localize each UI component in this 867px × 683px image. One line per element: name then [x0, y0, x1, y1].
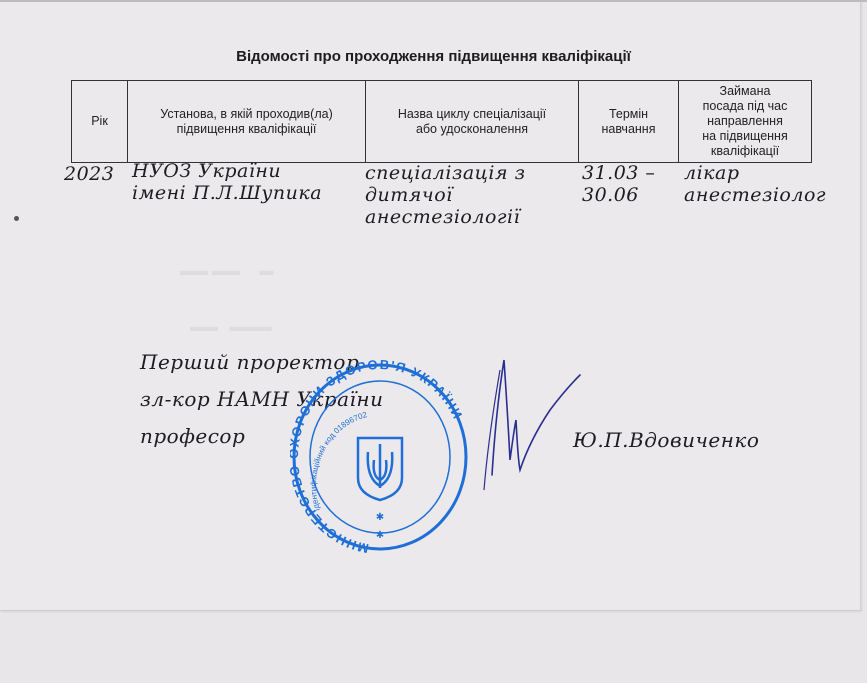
scan-speck	[14, 216, 19, 221]
document-title: Відомості про проходження підвищення ква…	[0, 48, 867, 65]
row-position: лікар анестезіолог	[684, 162, 826, 206]
tryzub-coat-of-arms-icon	[358, 438, 402, 500]
qualification-table: Рік Установа, в якій проходив(ла) підвищ…	[71, 80, 812, 163]
header-year: Рік	[72, 81, 128, 163]
handwritten-signature	[470, 350, 590, 490]
table-header-row: Рік Установа, в якій проходив(ла) підвищ…	[72, 81, 812, 163]
row-institution: НУОЗ України імені П.Л.Шупика	[132, 160, 322, 204]
row-year: 2023	[64, 163, 114, 185]
row-cycle: спеціалізація з дитячої анестезіології	[365, 162, 525, 228]
svg-text:Ідентифікаційний код 01896702: Ідентифікаційний код 01896702	[309, 410, 369, 512]
svg-text:✱: ✱	[376, 530, 384, 541]
official-stamp: МІНІСТЕРСТВО ОХОРОНИ ЗДОРОВ'Я УКРАЇНИ Ід…	[290, 360, 470, 555]
bleed-through-mark: ▬▬ ▬▬ ▬	[180, 262, 273, 278]
svg-text:✱: ✱	[376, 512, 384, 523]
header-term: Термін навчання	[579, 81, 679, 163]
page-top-edge	[0, 0, 867, 2]
row-term: 31.03 – 30.06	[582, 162, 655, 206]
signer-name: Ю.П.Вдовиченко	[573, 429, 759, 451]
bleed-through-mark: ▬▬ ▬▬▬	[190, 318, 272, 334]
header-position: Займана посада під час направлення на пі…	[679, 81, 812, 163]
header-institution: Установа, в якій проходив(ла) підвищення…	[128, 81, 366, 163]
header-cycle: Назва циклу спеціалізації або удосконале…	[366, 81, 579, 163]
